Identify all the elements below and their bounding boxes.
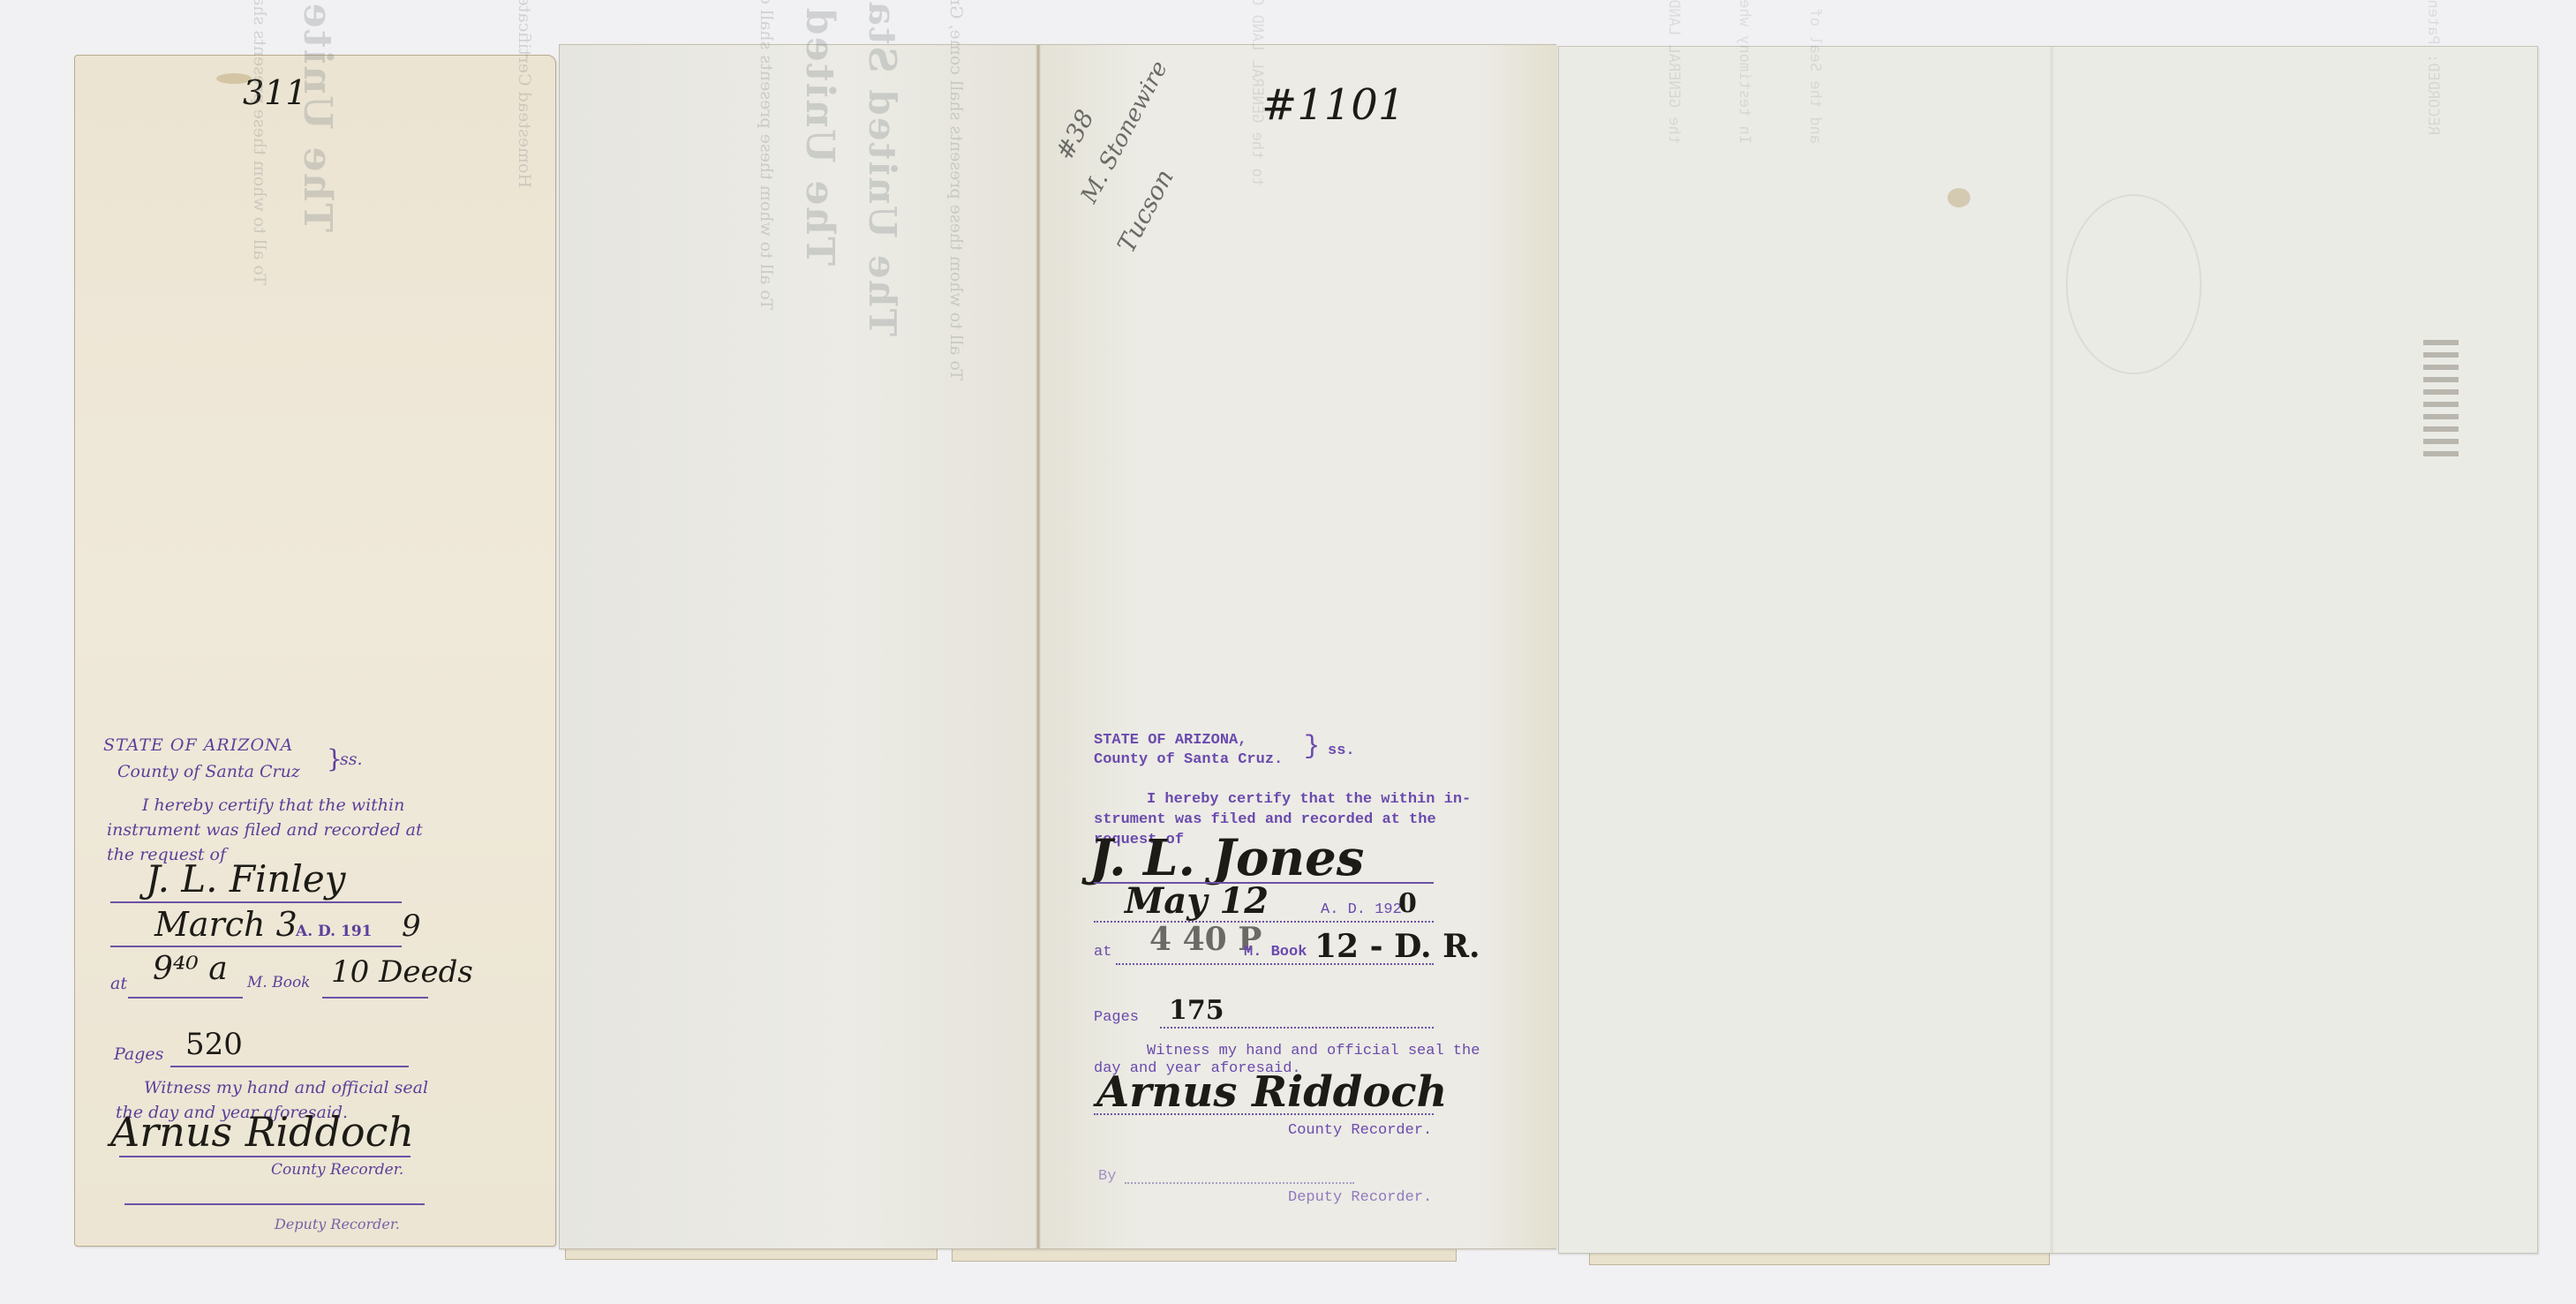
book-number: 12 - D. R. [1314, 928, 1480, 965]
bleed-through-title: The United States of America [797, 0, 842, 266]
county-label: County of Santa Cruz. [1094, 751, 1283, 768]
book-rule [322, 997, 428, 999]
embossed-seal [2066, 194, 2202, 374]
signature-rule [119, 1156, 411, 1157]
by-label: By [1098, 1168, 1116, 1185]
bleed-through-subtitle: To all to whom these presents shall come… [757, 0, 776, 310]
pages-rule [1160, 1027, 1434, 1029]
ad-label: A. D. 192 [1321, 901, 1402, 918]
m-book-label: M. Book [1244, 944, 1307, 961]
pages-number: 175 [1169, 995, 1224, 1026]
bleed-through-side-note: Homestead Certificate [515, 0, 534, 188]
patent-document-right: the GENERAL LAND OFFICE of the United St… [1558, 46, 2538, 1254]
year-digit: 0 [1398, 888, 1417, 919]
certify-line-2: strument was filed and recorded at the [1094, 811, 1436, 828]
certify-line-1: I hereby certify that the within in- [1147, 791, 1471, 808]
filing-time: 9⁴⁰ a [153, 951, 228, 987]
deputy-rule [1125, 1182, 1354, 1184]
at-label: at [110, 974, 127, 993]
ss-label: ss. [1328, 742, 1355, 759]
pages-number: 520 [185, 1027, 243, 1062]
deputy-recorder-label: Deputy Recorder. [1288, 1189, 1432, 1206]
perforated-stamp [2423, 340, 2459, 464]
recorder-signature: Arnus Riddoch [110, 1108, 414, 1156]
paper-edge-strip [1589, 1252, 2050, 1265]
requester-rule [110, 901, 402, 903]
book-number: 10 Deeds [331, 954, 473, 990]
bleed-through-line-4: RECORDED: Patent Number [2424, 0, 2442, 135]
county-recorder-label: County Recorder. [271, 1161, 403, 1179]
book-rule [1116, 963, 1434, 965]
fold-line [2049, 47, 2054, 1253]
stain [1947, 188, 1970, 207]
pages-label: Pages [114, 1044, 163, 1064]
year-digit: 9 [402, 908, 421, 944]
bleed-through-subtitle-2: To all to whom these presents shall come… [946, 0, 966, 381]
pages-label: Pages [1094, 1009, 1139, 1026]
county-label: County of Santa Cruz [117, 762, 300, 781]
state-label: STATE OF ARIZONA, [1094, 732, 1247, 749]
state-label: STATE OF ARIZONA [103, 735, 293, 755]
filing-date: March 3 [154, 905, 298, 944]
date-rule [110, 946, 402, 947]
county-recorder-label: County Recorder. [1288, 1122, 1432, 1139]
bleed-through-title: The United States of America [295, 0, 340, 232]
bleed-through-line-1: the GENERAL LAND OFFICE of the United St… [1665, 0, 1683, 144]
recorder-signature: Arnus Riddoch [1096, 1067, 1447, 1117]
deputy-rule [124, 1203, 425, 1205]
ad-label: A. D. 191 [296, 923, 373, 940]
m-book-label: M. Book [247, 974, 310, 991]
brace: } [1304, 732, 1320, 762]
bleed-through-line-2: In testimony whereof, I have caused thes… [1736, 0, 1753, 144]
at-label: at [1094, 944, 1111, 961]
bleed-through-line-3: and the Seal of the General Land Office … [1806, 0, 1824, 144]
paper-edge-strip [952, 1248, 1457, 1262]
requester-name: J. L. Jones [1089, 829, 1364, 887]
recorder-slip-1919: 311 The United States of America To all … [74, 55, 556, 1247]
filing-date: May 12 [1125, 880, 1269, 922]
pages-rule [170, 1066, 409, 1067]
date-rule [1094, 921, 1434, 923]
signature-rule [1094, 1113, 1434, 1115]
file-number: #1101 [1262, 80, 1405, 130]
patent-document-folded: The United States of America To all to w… [559, 44, 1556, 1249]
time-rule [128, 997, 243, 999]
witness-line-1: Witness my hand and official seal the [1147, 1043, 1480, 1059]
certify-line-2: instrument was filed and recorded at [107, 820, 423, 840]
ss-label: ss. [340, 750, 363, 769]
witness-line-1: Witness my hand and official seal [144, 1078, 428, 1097]
bleed-through-subtitle: To all to whom these presents shall come… [250, 0, 269, 285]
deputy-recorder-label: Deputy Recorder. [275, 1216, 400, 1232]
bleed-through-title-2: The United States of America [861, 0, 904, 336]
fold-line [1036, 45, 1041, 1248]
certify-line-1: I hereby certify that the within [142, 795, 404, 815]
requester-name: J. L. Finley [146, 857, 346, 901]
